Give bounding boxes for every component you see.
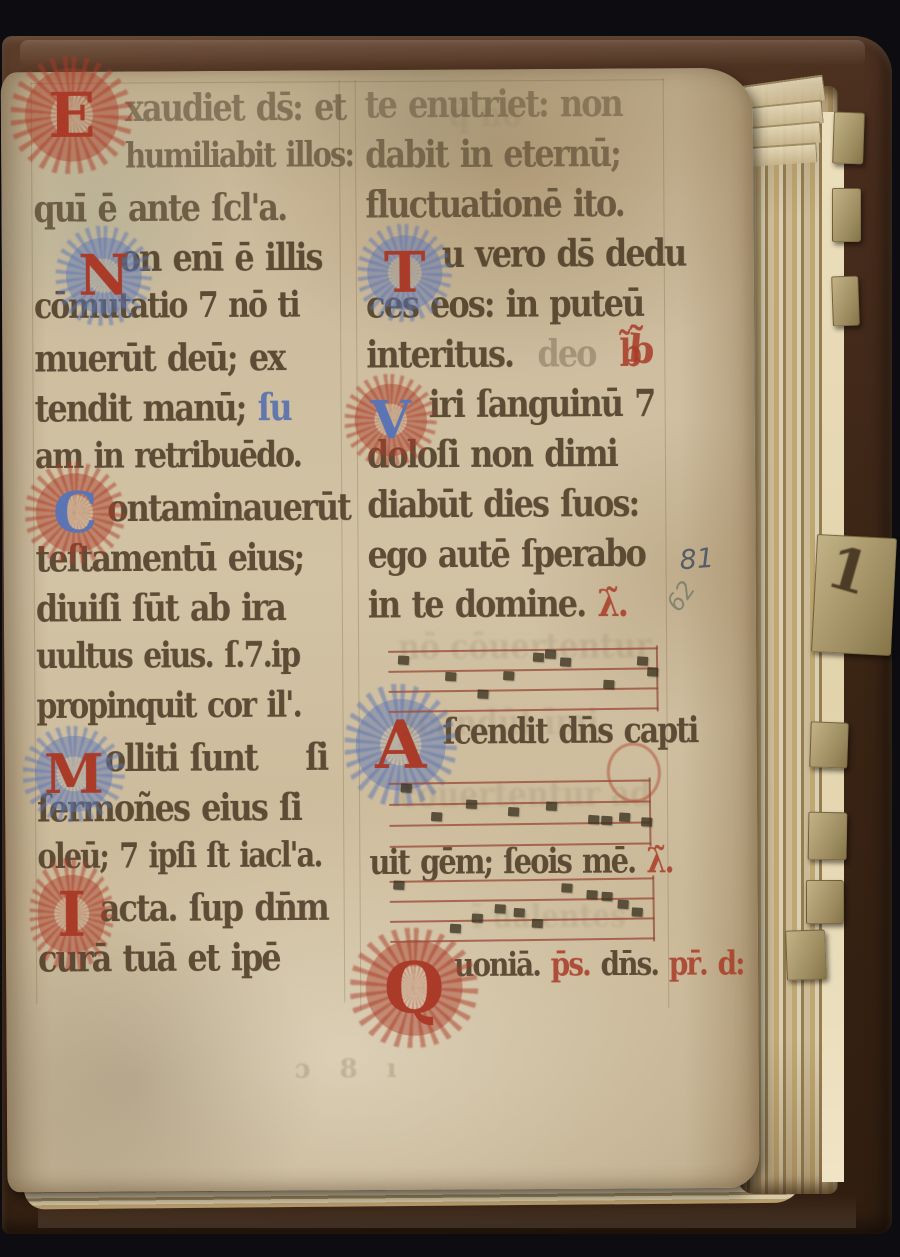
text-line: muerūt deū; ex	[34, 335, 284, 381]
text-run: diabūt dies ſuos:	[367, 480, 638, 526]
text-run: muerūt deū; ex	[34, 335, 284, 381]
neume	[647, 667, 658, 677]
text-line: in te domine. λ̃.	[368, 580, 627, 626]
text-line: diabūt dies ſuos:	[367, 480, 638, 526]
text-line: tendit manū; ſu	[35, 385, 291, 431]
text-run: humiliabit illos:	[125, 134, 353, 176]
text-line: u vero ds̄ dedu	[442, 230, 686, 276]
pencil-folio-number: 81	[678, 543, 715, 577]
text-run: olliti ſunt ſi	[105, 734, 328, 780]
text-run: xaudiet ds̄: et	[125, 84, 346, 130]
staff-line	[390, 842, 652, 847]
text-run: iri ſanguinū 7	[428, 380, 654, 426]
text-run: dn̄s.	[600, 944, 668, 983]
show-through-text: q̄ nō	[449, 95, 522, 136]
neume	[450, 924, 461, 934]
staff-line	[388, 687, 658, 693]
neume	[477, 689, 488, 699]
show-through-text: ī ualentes	[472, 897, 626, 936]
text-run: u vero ds̄ dedu	[442, 230, 686, 276]
text-line: olliti ſunt ſi	[105, 734, 328, 780]
initial-letter: V	[344, 374, 437, 467]
page-tab	[785, 929, 827, 980]
text-line: propinquit cor il'.	[36, 684, 301, 727]
initial-letter: M	[23, 726, 126, 823]
neume	[393, 880, 404, 890]
show-through-text: ſcandūt īmi	[404, 703, 598, 744]
page-tab: 1	[811, 534, 897, 656]
initial-letter: T	[358, 224, 453, 323]
neume	[601, 816, 612, 826]
text-run: acta. ſup dn̄m	[100, 884, 328, 930]
illuminated-initial-N: N	[56, 225, 153, 326]
neume	[641, 817, 652, 827]
show-through-text: nō cōuertentur	[398, 626, 652, 668]
initial-letter: N	[56, 225, 153, 326]
illuminated-initial-I: I	[29, 858, 114, 971]
neume	[603, 680, 614, 690]
tab-numeral: 1	[820, 532, 878, 608]
staff-end-tick	[656, 645, 659, 711]
manuscript-page: 81 62 ɔ 8 ı xaudiet ds̄: ethumiliabit il…	[1, 68, 760, 1193]
staff-end-tick	[652, 875, 655, 941]
illuminated-initial-C: C	[25, 462, 126, 565]
text-line: ontaminauerūt	[107, 484, 350, 530]
ruling-line	[355, 80, 362, 1010]
page-tab	[832, 188, 861, 242]
text-run: propinquit cor il'.	[36, 684, 301, 727]
neume	[588, 815, 599, 825]
text-line: interitus. deo b̃	[366, 330, 640, 377]
neume	[503, 671, 514, 681]
illuminated-initial-T: T	[358, 224, 453, 323]
red-verse-mark: b̃	[626, 325, 657, 372]
text-run: ego autē ſperabo	[367, 530, 645, 577]
ruling-line	[339, 80, 346, 1002]
text-run: pr̄. d:	[669, 944, 744, 983]
neume	[445, 672, 456, 682]
text-line: quī ē ante ſcl'a.	[33, 185, 286, 231]
text-line: uoniā. p̄s. dn̄s. pr̄. d:	[454, 944, 744, 985]
text-run: uultus eius. ſ.7.ip	[36, 634, 299, 677]
text-run: diuiſi ſūt ab ira	[36, 585, 285, 631]
text-run: in te domine.	[368, 581, 598, 627]
staff-line	[390, 937, 655, 942]
illuminated-initial-M: M	[23, 726, 126, 823]
text-line: diuiſi ſūt ab ira	[36, 585, 285, 631]
page-tab	[809, 721, 849, 768]
page-tab	[806, 880, 844, 924]
text-line: fluctuationē ito.	[365, 181, 624, 227]
page-tab	[831, 276, 860, 327]
text-run: interitus.	[366, 331, 513, 377]
text-run: deo	[513, 331, 596, 376]
text-run: tendit manū;	[35, 385, 258, 431]
staff-line	[388, 667, 658, 673]
initial-letter: C	[25, 462, 126, 565]
text-run: ontaminauerūt	[107, 484, 350, 530]
page-tab	[832, 111, 865, 164]
page-tab	[808, 812, 848, 861]
text-run: ſu	[257, 385, 290, 430]
text-run: fluctuationē ito.	[365, 181, 624, 227]
initial-letter: I	[29, 858, 114, 971]
text-run: quī ē ante ſcl'a.	[33, 185, 286, 231]
text-line: acta. ſup dn̄m	[100, 884, 328, 930]
text-line: humiliabit illos:	[125, 134, 353, 176]
text-run: dabit in eternū;	[365, 131, 620, 177]
neume	[561, 883, 572, 893]
illuminated-initial-E: E	[10, 56, 133, 175]
faded-bottom-marks: ɔ 8 ı	[295, 1054, 407, 1085]
illuminated-initial-V: V	[344, 374, 437, 467]
text-line: uultus eius. ſ.7.ip	[36, 634, 299, 677]
text-line: dabit in eternū;	[365, 131, 620, 177]
neume	[631, 907, 642, 917]
initial-letter: E	[10, 56, 133, 175]
manuscript-photo-scene: 81 62 ɔ 8 ı xaudiet ds̄: ethumiliabit il…	[0, 0, 900, 1257]
text-line: ego autē ſperabo	[367, 530, 645, 577]
text-line: xaudiet ds̄: et	[125, 84, 346, 130]
text-run: p̄s.	[551, 945, 601, 984]
pencil-secondary-number: 62	[661, 576, 701, 617]
text-run: λ̃.	[597, 580, 627, 625]
text-line: iri ſanguinū 7	[428, 380, 654, 426]
